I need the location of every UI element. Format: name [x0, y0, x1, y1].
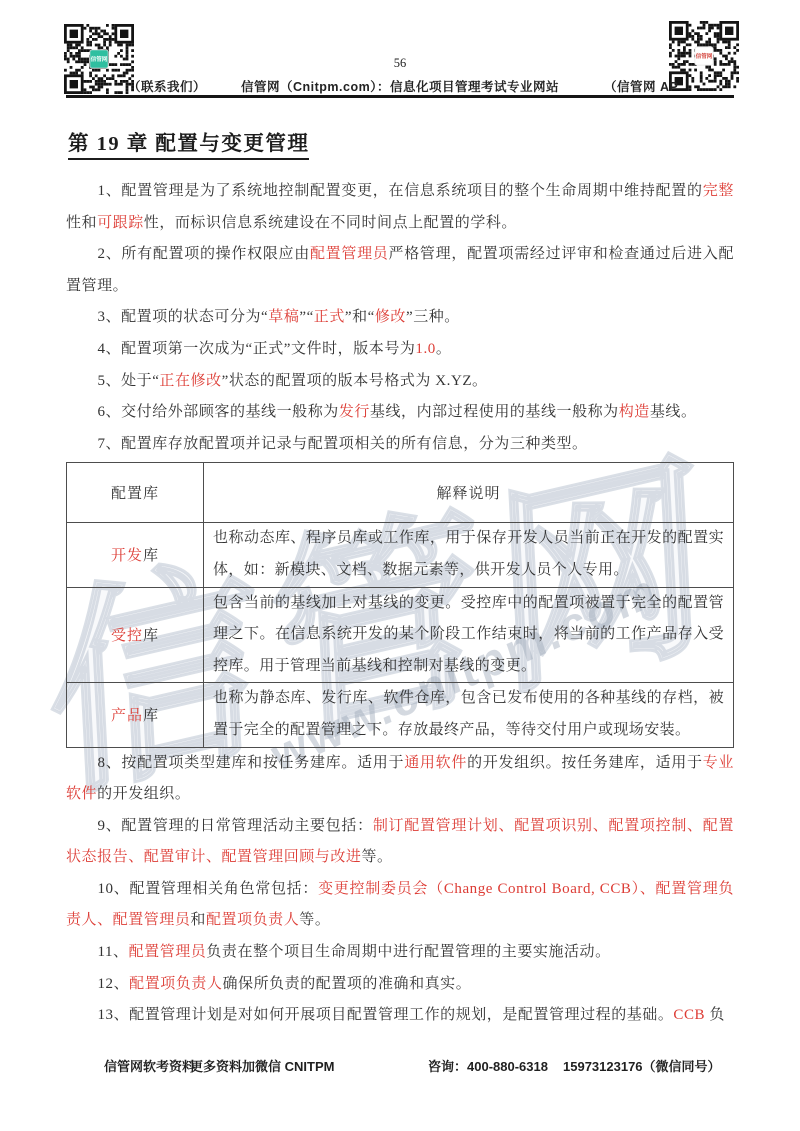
- footer-more: 更多资料加微信 CNITPM: [190, 1056, 334, 1075]
- header-divider: [66, 95, 734, 98]
- library-name: 受控库: [67, 587, 204, 683]
- library-description: 包含当前的基线加上对基线的变更。受控库中的配置项被置于完全的配置管理之下。在信息…: [204, 587, 734, 683]
- footer-phone: 15973123176（微信同号）: [563, 1056, 721, 1075]
- footer-brand: 信管网软考资料: [104, 1056, 195, 1075]
- paragraph-10: 10、配置管理相关角色常包括：变更控制委员会（Change Control Bo…: [66, 874, 734, 937]
- library-description: 也称为静态库、发行库、软件仓库，包含已发布使用的各种基线的存档，被置于完全的配置…: [204, 683, 734, 747]
- footer-hotline: 咨询：400-880-6318: [428, 1056, 548, 1075]
- paragraph-1: 1、配置管理是为了系统地控制配置变更，在信息系统项目的整个生命周期中维持配置的完…: [66, 176, 734, 239]
- page-number: 56: [0, 56, 800, 71]
- paragraph-8: 8、按配置项类型建库和按任务建库。适用于通用软件的开发组织。按任务建库，适用于专…: [66, 748, 734, 811]
- table-header-explanation: 解释说明: [204, 463, 734, 523]
- header-site-label: 信管网（Cnitpm.com）：信息化项目管理考试专业网站: [0, 77, 800, 95]
- table-row-dev-library: 开发库 也称动态库、程序员库或工作库，用于保存开发人员当前正在开发的配置实体，如…: [67, 523, 734, 587]
- paragraph-4: 4、配置项第一次成为“正式”文件时，版本号为1.0。: [66, 334, 734, 366]
- paragraph-3: 3、配置项的状态可分为“草稿”“正式”和“修改”三种。: [66, 302, 734, 334]
- library-name: 开发库: [67, 523, 204, 587]
- paragraph-2: 2、所有配置项的操作权限应由配置管理员严格管理，配置项需经过评审和检查通过后进入…: [66, 239, 734, 302]
- library-name: 产品库: [67, 683, 204, 747]
- paragraph-12: 12、配置项负责人确保所负责的配置项的准确和真实。: [66, 969, 734, 1001]
- document-page: 信管网 www.cnitpm.com 信管网 信管网 56 （联系我们） 信管网…: [0, 0, 800, 1131]
- table-header-row: 配置库 解释说明: [67, 463, 734, 523]
- table-header-library: 配置库: [67, 463, 204, 523]
- config-library-table: 配置库 解释说明 开发库 也称动态库、程序员库或工作库，用于保存开发人员当前正在…: [66, 462, 734, 747]
- document-body: 1、配置管理是为了系统地控制配置变更，在信息系统项目的整个生命周期中维持配置的完…: [66, 170, 734, 1032]
- paragraph-9: 9、配置管理的日常管理活动主要包括：制订配置管理计划、配置项识别、配置项控制、配…: [66, 811, 734, 874]
- paragraph-13: 13、配置管理计划是对如何开展项目配置管理工作的规划，是配置管理过程的基础。CC…: [66, 1000, 734, 1032]
- paragraph-11: 11、配置管理员负责在整个项目生命周期中进行配置管理的主要实施活动。: [66, 937, 734, 969]
- paragraph-6: 6、交付给外部顾客的基线一般称为发行基线，内部过程使用的基线一般称为构造基线。: [66, 397, 734, 429]
- paragraph-7: 7、配置库存放配置项并记录与配置项相关的所有信息，分为三种类型。: [66, 429, 734, 461]
- header-app-label: （信管网 AP: [604, 77, 678, 95]
- library-description: 也称动态库、程序员库或工作库，用于保存开发人员当前正在开发的配置实体，如：新模块…: [204, 523, 734, 587]
- paragraph-5: 5、处于“正在修改”状态的配置项的版本号格式为 X.YZ。: [66, 366, 734, 398]
- table-row-product-library: 产品库 也称为静态库、发行库、软件仓库，包含已发布使用的各种基线的存档，被置于完…: [67, 683, 734, 747]
- table-row-controlled-library: 受控库 包含当前的基线加上对基线的变更。受控库中的配置项被置于完全的配置管理之下…: [67, 587, 734, 683]
- chapter-title: 第 19 章 配置与变更管理: [68, 126, 309, 160]
